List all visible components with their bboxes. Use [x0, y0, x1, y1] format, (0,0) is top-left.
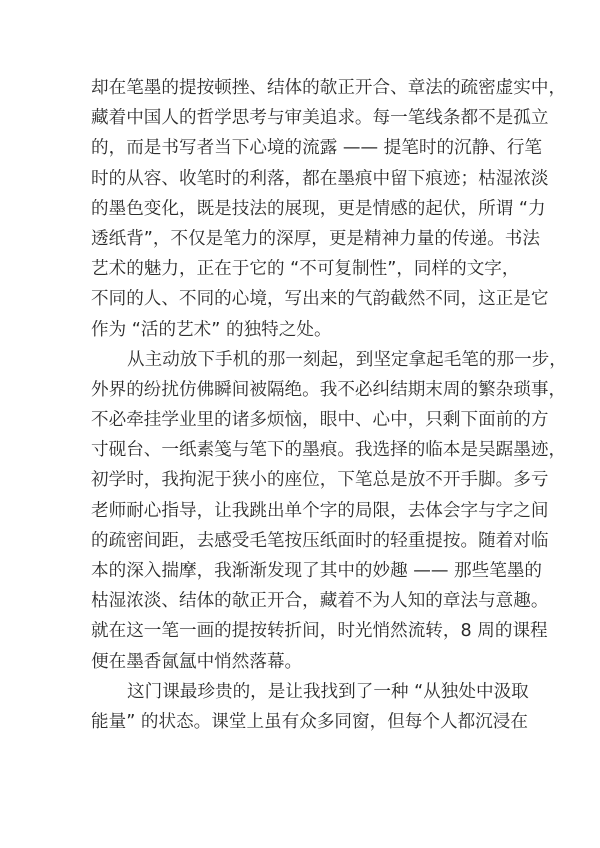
document-body: 却在笔墨的提按顿挫、结体的欹正开合、章法的疏密虚实中， 藏着中国人的哲学思考与审… [91, 73, 511, 737]
text-line: 的疏密间距，去感受毛笔按压纸面时的轻重提按。随着对临 [91, 526, 511, 556]
text-line: 却在笔墨的提按顿挫、结体的欹正开合、章法的疏密虚实中， [91, 73, 511, 103]
text-line: 艺术的魅力，正在于它的 “不可复制性”，同样的文字， [91, 254, 511, 284]
text-line: 透纸背”，不仅是笔力的深厚，更是精神力量的传递。书法 [91, 224, 511, 254]
text-line: 就在这一笔一画的提按转折间，时光悄然流转，8 周的课程 [91, 616, 511, 646]
text-line: 便在墨香氤氲中悄然落幕。 [91, 647, 511, 677]
text-line: 作为 “活的艺术” 的独特之处。 [91, 315, 511, 345]
text-line: 的，而是书写者当下心境的流露 —— 提笔时的沉静、行笔 [91, 133, 511, 163]
paragraph-start-line: 从主动放下手机的那一刻起，到坚定拿起毛笔的那一步， [91, 345, 511, 375]
text-line: 不同的人、不同的心境，写出来的气韵截然不同，这正是它 [91, 284, 511, 314]
paragraph-start-line: 这门课最珍贵的，是让我找到了一种 “从独处中汲取 [91, 677, 511, 707]
text-line: 初学时，我拘泥于狭小的座位，下笔总是放不开手脚。多亏 [91, 465, 511, 495]
text-line: 时的从容、收笔时的利落，都在墨痕中留下痕迹；枯湿浓淡 [91, 164, 511, 194]
text-line: 外界的纷扰仿佛瞬间被隔绝。我不必纠结期末周的繁杂琐事， [91, 375, 511, 405]
text-line: 寸砚台、一纸素笺与笔下的墨痕。我选择的临本是吴踞墨迹， [91, 435, 511, 465]
text-line: 本的深入揣摩，我渐渐发现了其中的妙趣 —— 那些笔墨的 [91, 556, 511, 586]
text-line: 藏着中国人的哲学思考与审美追求。每一笔线条都不是孤立 [91, 103, 511, 133]
text-line: 枯湿浓淡、结体的欹正开合，藏着不为人知的章法与意趣。 [91, 586, 511, 616]
text-line: 的墨色变化，既是技法的展现，更是情感的起伏，所谓 “力 [91, 194, 511, 224]
text-line: 能量” 的状态。课堂上虽有众多同窗，但每个人都沉浸在 [91, 707, 511, 737]
text-line: 不必牵挂学业里的诸多烦恼，眼中、心中，只剩下面前的方 [91, 405, 511, 435]
text-line: 老师耐心指导，让我跳出单个字的局限，去体会字与字之间 [91, 496, 511, 526]
